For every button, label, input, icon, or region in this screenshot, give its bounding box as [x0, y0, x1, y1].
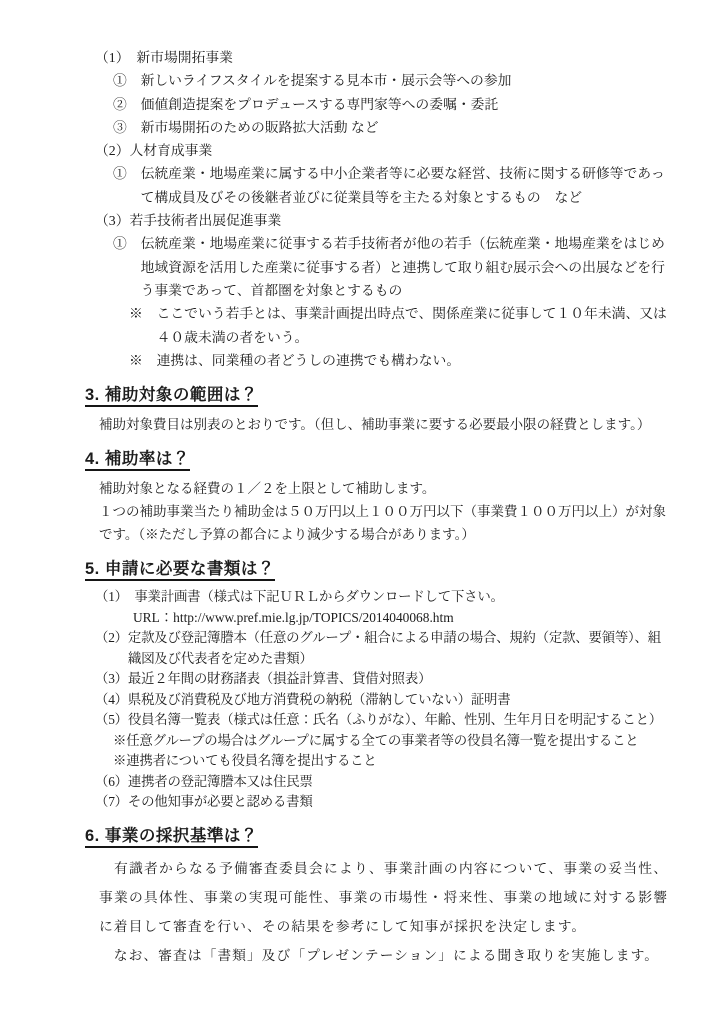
criteria-paragraph: 有識者からなる予備審査委員会により、事業計画の内容について、事業の妥当性、事業の…: [99, 854, 668, 941]
section-heading: 3. 補助対象の範囲は？: [85, 384, 668, 406]
list-item: （1） 新市場開拓事業: [95, 46, 668, 69]
paragraph: １つの補助事業当たり補助金は５０万円以上１００万円以下（事業費１００万円以上）が…: [99, 500, 668, 546]
section-heading: 5. 申請に必要な書類は？: [85, 558, 668, 580]
doc-list-item: （4）県税及び消費税及び地方消費税の納税（滞納していない）証明書: [95, 690, 668, 711]
section-heading-text: 4. 補助率は？: [85, 450, 190, 471]
doc-list-item: （1） 事業計画書（様式は下記ＵＲＬからダウンロードして下さい。: [95, 587, 668, 608]
section-heading-text: 6. 事業の採択基準は？: [85, 827, 258, 848]
section-heading-text: 3. 補助対象の範囲は？: [85, 386, 258, 407]
criteria-paragraph: なお、審査は「書類」及び「プレゼンテーション」による聞き取りを実施します。: [99, 941, 668, 970]
document-content: （1） 新市場開拓事業① 新しいライフスタイルを提案する見本市・展示会等への参加…: [85, 46, 668, 970]
section-heading: 6. 事業の採択基準は？: [85, 825, 668, 847]
paragraph: 補助対象となる経費の１／２を上限として補助します。: [99, 477, 668, 500]
url-line: URL：http://www.pref.mie.lg.jp/TOPICS/201…: [133, 608, 668, 629]
doc-note-line: ※任意グループの場合はグループに属する全ての事業者等の役員名簿一覧を提出すること: [113, 731, 668, 752]
paragraph: 補助対象費目は別表のとおりです。（但し、補助事業に要する必要最小限の経費とします…: [99, 413, 668, 436]
section-heading-text: 5. 申請に必要な書類は？: [85, 560, 275, 581]
doc-list-item: （2）定款及び登記簿謄本（任意のグループ・組合による申請の場合、規約（定款、要領…: [95, 628, 668, 669]
note-line: ※ ここでいう若手とは、事業計画提出時点で、関係産業に従事して１０年未満、又は４…: [129, 302, 668, 349]
doc-list-item: （7）その他知事が必要と認める書類: [95, 792, 668, 813]
list-item: （3）若手技術者出展促進事業: [95, 209, 668, 232]
note-line: ※ 連携は、同業種の者どうしの連携でも構わない。: [129, 349, 668, 372]
sub-list-item: ② 価値創造提案をプロデュースする専門家等への委嘱・委託: [113, 93, 668, 116]
doc-list-item: （3）最近２年間の財務諸表（損益計算書、貸借対照表）: [95, 669, 668, 690]
section-heading: 4. 補助率は？: [85, 448, 668, 470]
doc-list-item: （5）役員名簿一覧表（様式は任意：氏名（ふりがな）、年齢、性別、生年月日を明記す…: [95, 710, 668, 731]
doc-note-line: ※連携者についても役員名簿を提出すること: [113, 751, 668, 772]
document-page: （1） 新市場開拓事業① 新しいライフスタイルを提案する見本市・展示会等への参加…: [0, 0, 724, 1024]
sub-list-item: ③ 新市場開拓のための販路拡大活動 など: [113, 116, 668, 139]
sub-list-item: ① 新しいライフスタイルを提案する見本市・展示会等への参加: [113, 69, 668, 92]
list-item: （2）人材育成事業: [95, 139, 668, 162]
sub-list-item: ① 伝統産業・地場産業に従事する若手技術者が他の若手（伝統産業・地場産業をはじめ…: [113, 232, 668, 302]
sub-list-item: ① 伝統産業・地場産業に属する中小企業者等に必要な経営、技術に関する研修等であっ…: [113, 162, 668, 209]
doc-list-item: （6）連携者の登記簿謄本又は住民票: [95, 772, 668, 793]
